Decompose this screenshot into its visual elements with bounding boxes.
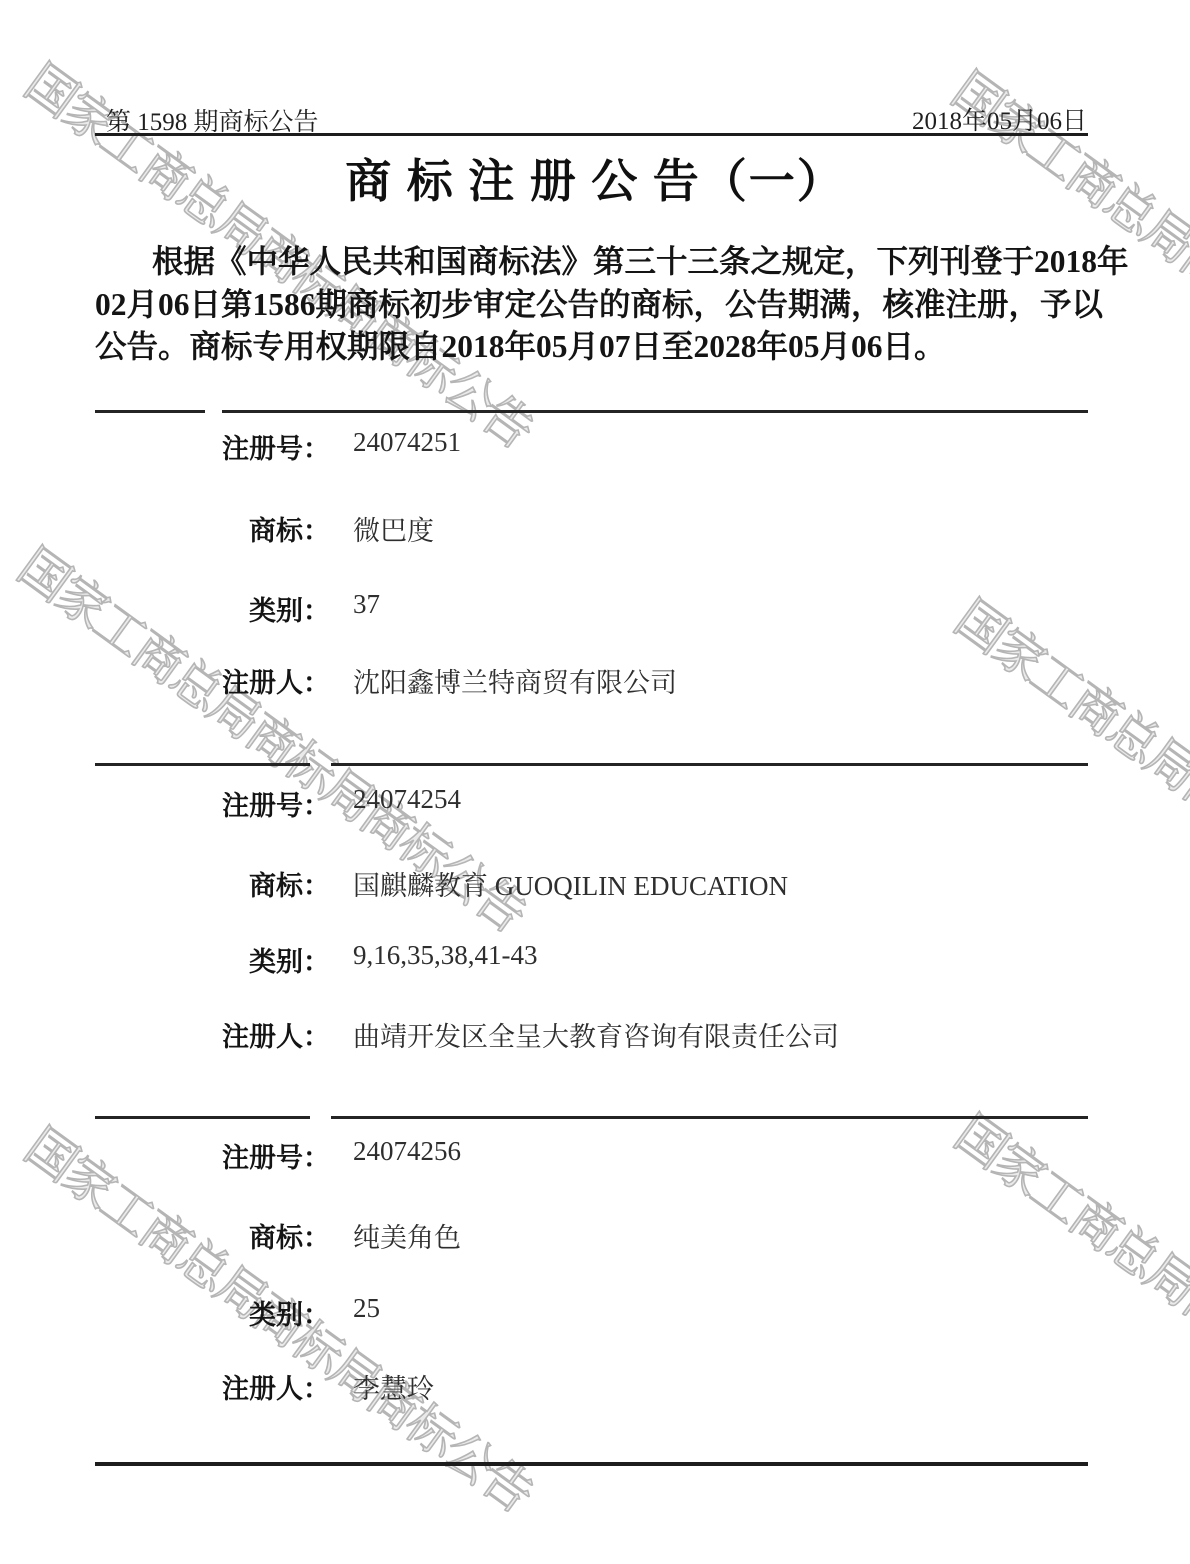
- field-label-reg-no: 注册号：: [222, 784, 330, 823]
- intro-line: 02月06日第1586期商标初步审定公告的商标，公告期满，核准注册，予以: [95, 284, 1105, 327]
- page-title: 商 标 注 册 公 告（一）: [0, 145, 1190, 211]
- field-label-category: 类别：: [249, 1293, 330, 1332]
- watermark-text: 国家工商总局商标局商标公告: [943, 1095, 1190, 1512]
- field-label-trademark: 商标：: [249, 864, 330, 903]
- intro-line: 公告。商标专用权期限自2018年05月07日至2028年05月06日。: [95, 326, 1105, 369]
- entry-separator-line: [222, 410, 1088, 413]
- field-value-category: 9,16,35,38,41-43: [353, 940, 538, 971]
- field-value-registrant: 曲靖开发区全呈大教育咨询有限责任公司: [353, 1015, 839, 1054]
- entry-separator-line: [95, 410, 205, 413]
- field-value-registrant: 沈阳鑫博兰特商贸有限公司: [353, 661, 677, 700]
- intro-line: 根据《中华人民共和国商标法》第三十三条之规定，下列刊登于2018年: [95, 241, 1105, 284]
- entry-separator-line: [95, 763, 310, 766]
- field-value-trademark: 国麒麟教育 GUOQILIN EDUCATION: [353, 864, 788, 903]
- watermark-text: 国家工商总局商标局商标公告: [943, 580, 1190, 997]
- field-label-reg-no: 注册号：: [222, 427, 330, 466]
- field-label-category: 类别：: [249, 589, 330, 628]
- header-rule: [95, 133, 1088, 136]
- bottom-rule: [95, 1462, 1088, 1466]
- entry-separator-line: [331, 1116, 1088, 1119]
- field-value-reg-no: 24074254: [353, 784, 461, 815]
- gazette-page: 国家工商总局商标局商标公告 国家工商总局商标局商标公告 国家工商总局商标局商标公…: [0, 0, 1190, 1564]
- field-label-category: 类别：: [249, 940, 330, 979]
- intro-paragraph: 根据《中华人民共和国商标法》第三十三条之规定，下列刊登于2018年 02月06日…: [95, 241, 1105, 369]
- entry-separator-line: [95, 1116, 310, 1119]
- field-label-reg-no: 注册号：: [222, 1136, 330, 1175]
- field-label-registrant: 注册人：: [222, 1015, 330, 1054]
- field-value-trademark: 微巴度: [353, 509, 434, 548]
- field-value-trademark: 纯美角色: [353, 1216, 461, 1255]
- field-label-registrant: 注册人：: [222, 1367, 330, 1406]
- field-value-reg-no: 24074251: [353, 427, 461, 458]
- field-label-trademark: 商标：: [249, 509, 330, 548]
- field-label-trademark: 商标：: [249, 1216, 330, 1255]
- field-value-category: 25: [353, 1293, 380, 1324]
- field-label-registrant: 注册人：: [222, 661, 330, 700]
- field-value-reg-no: 24074256: [353, 1136, 461, 1167]
- field-value-category: 37: [353, 589, 380, 620]
- field-value-registrant: 李慧玲: [353, 1367, 434, 1406]
- entry-separator-line: [331, 763, 1088, 766]
- gazette-date: 2018年05月06日: [912, 101, 1087, 137]
